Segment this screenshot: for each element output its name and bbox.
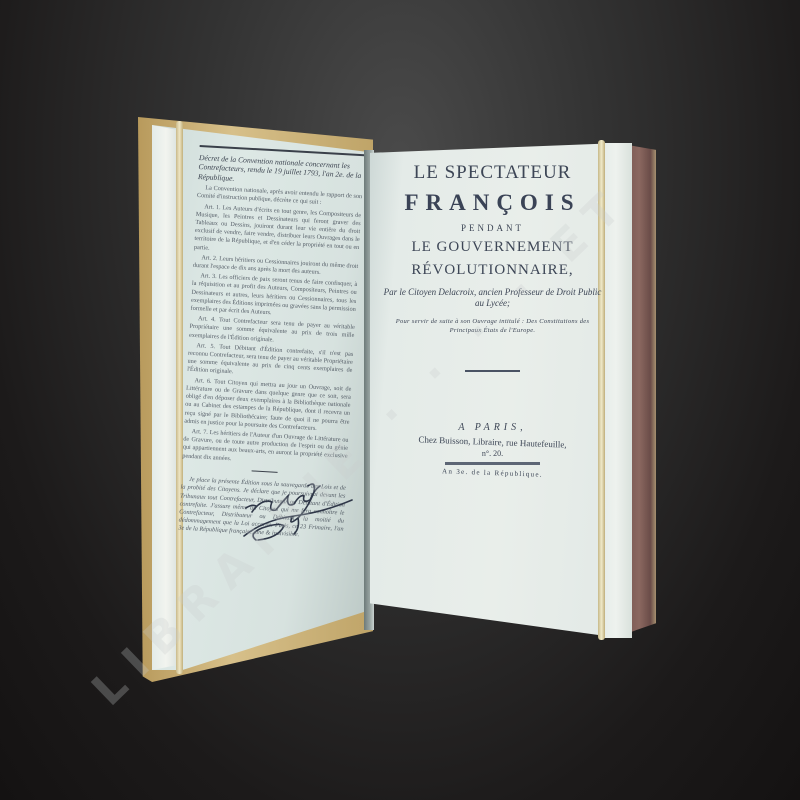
decree-paragraph: Art. 6. Tout Citoyen qui mettra au jour … — [184, 376, 351, 434]
book-photo: Décret de la Convention nationale concer… — [0, 0, 800, 800]
section-rule — [251, 470, 277, 473]
decree-paragraph: Art. 1. Les Auteurs d'écrits en tout gen… — [194, 203, 361, 261]
title-line-1: LE SPECTATEUR — [380, 162, 605, 184]
imprint-rule — [445, 462, 540, 465]
decree-paragraph: Art. 3. Les officiers de paix seront ten… — [190, 272, 357, 322]
